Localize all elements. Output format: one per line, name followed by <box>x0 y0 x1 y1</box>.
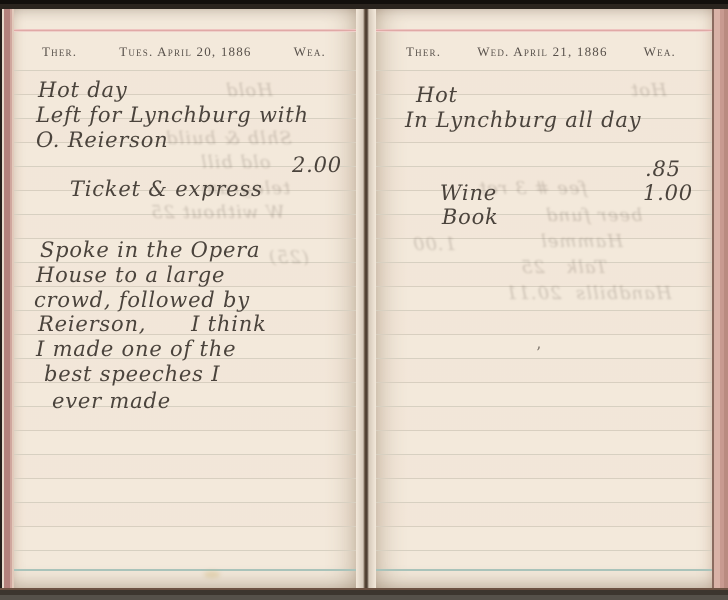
printed-header-right: Ther. Wed. April 21, 1886 Wea. <box>376 43 712 61</box>
handwritten-line: Spoke in the Opera <box>40 238 340 262</box>
printed-header-left: Ther. Tues. April 20, 1886 Wea. <box>14 43 356 61</box>
bottom-margin-rule <box>14 569 356 571</box>
stray-ink-mark: ’ <box>536 343 541 362</box>
expense-amount: .85 <box>645 157 681 181</box>
expense-amount: 2.00 <box>292 153 342 177</box>
top-margin-rule <box>14 29 356 32</box>
handwritten-line: I made one of the <box>36 337 336 361</box>
handwritten-line: Hot <box>416 83 716 107</box>
diary-page-left: Ther. Tues. April 20, 1886 Wea. Hold Shl… <box>14 9 356 588</box>
diary-page-right: Ther. Wed. April 21, 1886 Wea. Hot fee #… <box>376 9 712 588</box>
expense-label: Ticket & express <box>70 177 263 201</box>
handwritten-line: best speeches I <box>44 362 344 386</box>
expense-amount: 1.00 <box>643 181 693 205</box>
top-margin-rule <box>376 29 712 32</box>
page-stain <box>204 571 220 578</box>
ther-label: Ther. <box>42 44 77 60</box>
handwritten-line: In Lynchburg all day <box>405 108 705 132</box>
handwritten-line: Hot day <box>38 78 338 102</box>
handwritten-line: Ticket & express 2.00 <box>40 153 340 249</box>
row-tint <box>376 71 712 551</box>
handwritten-line: Book 1.00 <box>412 181 712 277</box>
wea-label: Wea. <box>644 44 676 60</box>
handwritten-line: House to a large <box>36 263 336 287</box>
handwritten-line: Reierson, I think <box>38 312 338 336</box>
book-gutter <box>356 9 376 588</box>
handwritten-line: O. Reierson <box>36 128 336 152</box>
date-label: Tues. April 20, 1886 <box>119 44 251 60</box>
bottom-margin-rule <box>376 569 712 571</box>
ther-label: Ther. <box>406 44 441 60</box>
handwritten-line: crowd, followed by <box>34 288 334 312</box>
handwritten-line: ever made <box>52 389 352 413</box>
book-cover-top-edge <box>0 0 728 9</box>
handwritten-line: Left for Lynchburg with <box>36 103 336 127</box>
wea-label: Wea. <box>294 44 326 60</box>
bleedthrough-line: Handbills 20.11 <box>505 283 672 304</box>
date-label: Wed. April 21, 1886 <box>477 44 608 60</box>
book-cover-bottom-edge <box>0 588 728 600</box>
book-left-page-edges <box>0 9 14 588</box>
expense-label: Book <box>442 205 499 229</box>
